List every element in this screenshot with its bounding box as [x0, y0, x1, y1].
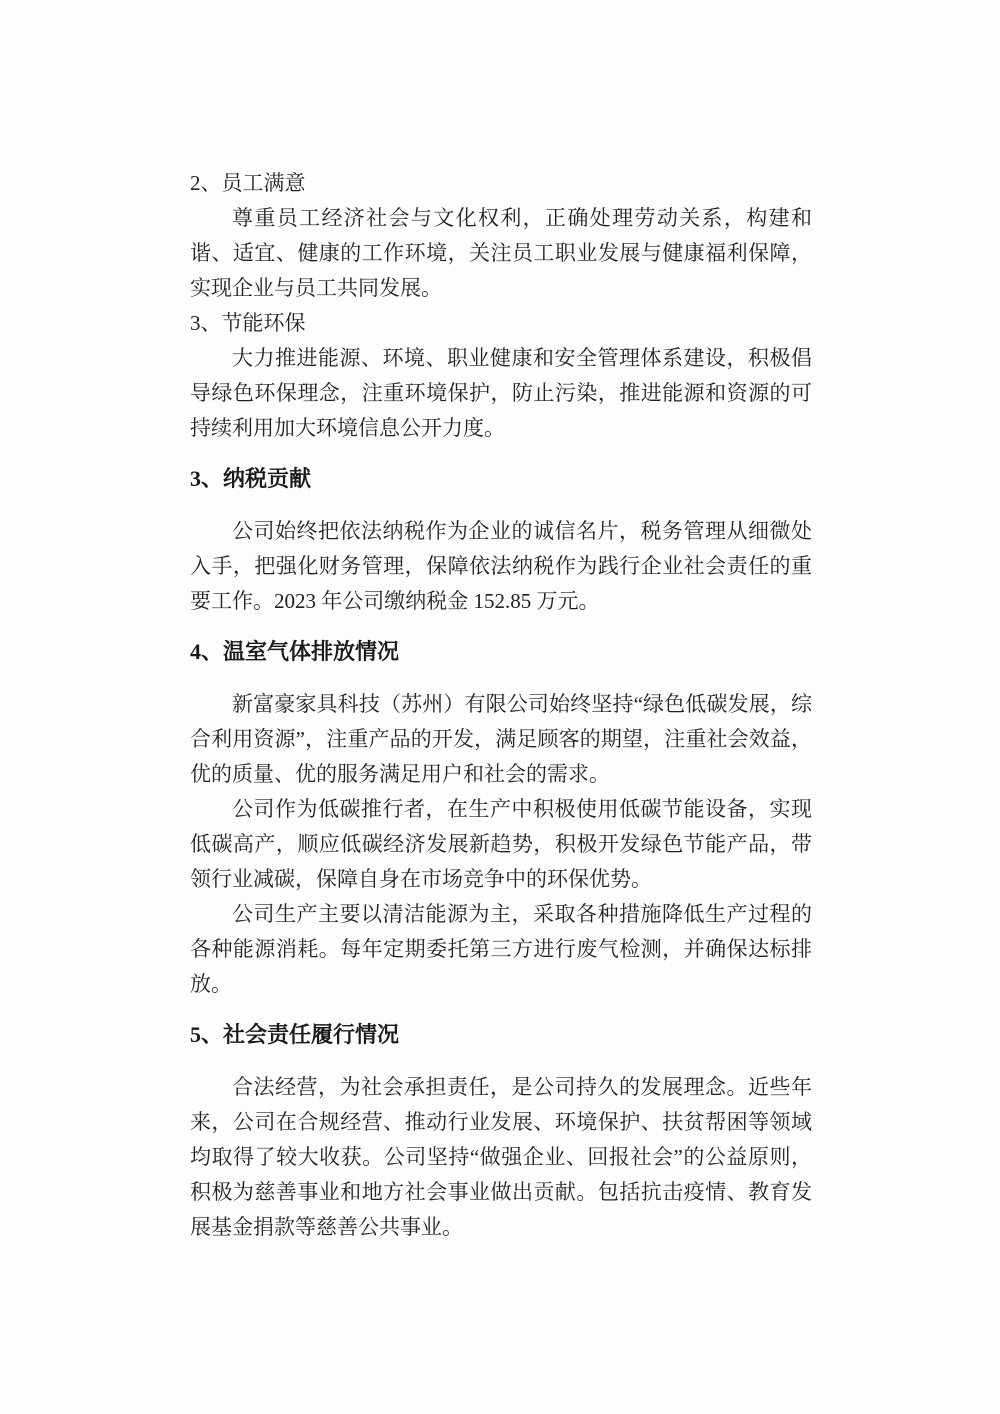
paragraph-tax-contribution: 公司始终把依法纳税作为企业的诚信名片，税务管理从细微处入手，把强化财务管理，保障… [190, 514, 812, 619]
paragraph-employee-satisfaction: 尊重员工经济社会与文化权利，正确处理劳动关系，构建和谐、适宜、健康的工作环境，关… [190, 201, 812, 306]
paragraph-greenhouse-gas-3: 公司生产主要以清洁能源为主，采取各种措施降低生产过程的各种能源消耗。每年定期委托… [190, 897, 812, 1002]
section-heading-tax-contribution: 3、纳税贡献 [190, 462, 812, 496]
paragraph-greenhouse-gas-1: 新富豪家具科技（苏州）有限公司始终坚持“绿色低碳发展，综合利用资源”，注重产品的… [190, 687, 812, 792]
list-item-energy-saving: 3、节能环保 [190, 306, 812, 341]
page-content: 2、员工满意 尊重员工经济社会与文化权利，正确处理劳动关系，构建和谐、适宜、健康… [190, 166, 812, 1245]
paragraph-energy-saving: 大力推进能源、环境、职业健康和安全管理体系建设，积极倡导绿色环保理念，注重环境保… [190, 341, 812, 446]
paragraph-greenhouse-gas-2: 公司作为低碳推行者，在生产中积极使用低碳节能设备，实现低碳高产，顺应低碳经济发展… [190, 792, 812, 897]
section-heading-social-responsibility: 5、社会责任履行情况 [190, 1018, 812, 1052]
document-page: 2、员工满意 尊重员工经济社会与文化权利，正确处理劳动关系，构建和谐、适宜、健康… [0, 0, 1000, 1414]
paragraph-social-responsibility: 合法经营，为社会承担责任，是公司持久的发展理念。近些年来，公司在合规经营、推动行… [190, 1070, 812, 1245]
list-item-employee-satisfaction: 2、员工满意 [190, 166, 812, 201]
section-heading-greenhouse-gas: 4、温室气体排放情况 [190, 635, 812, 669]
